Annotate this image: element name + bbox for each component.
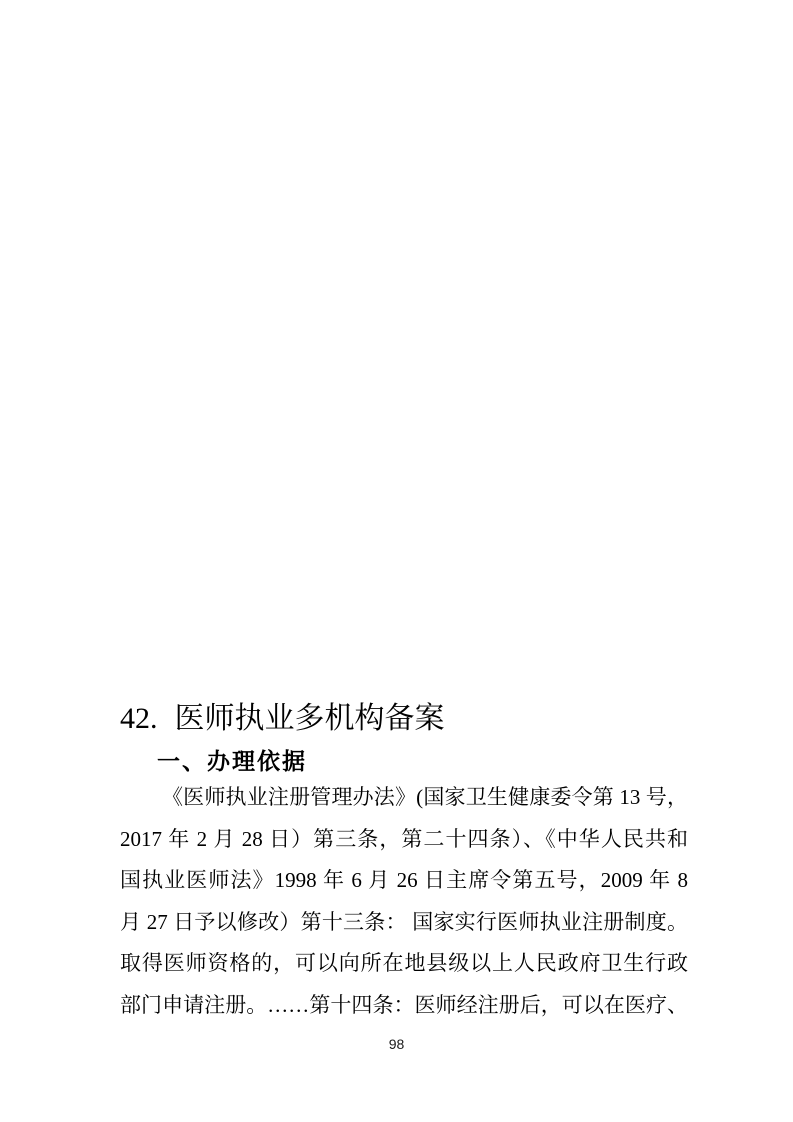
paragraph-line: 国执业医师法》1998 年 6 月 26 日主席令第五号，2009 年 8 (120, 860, 688, 902)
subsection-heading: 一、办理依据 (157, 746, 307, 776)
section-title: 医师执业多机构备案 (175, 702, 445, 735)
document-page: 42.医师执业多机构备案 一、办理依据 《医师执业注册管理办法》(国家卫生健康委… (0, 0, 793, 1122)
paragraph-line: 2017 年 2 月 28 日）第三条，第二十四条）、《中华人民共和 (120, 819, 688, 861)
paragraph-line: 《医师执业注册管理办法》(国家卫生健康委令第 13 号， (120, 777, 688, 819)
paragraph-line: 月 27 日予以修改）第十三条： 国家实行医师执业注册制度。 (120, 902, 688, 944)
legal-basis-paragraph: 《医师执业注册管理办法》(国家卫生健康委令第 13 号， 2017 年 2 月 … (120, 777, 688, 1026)
section-heading: 42.医师执业多机构备案 (120, 698, 445, 740)
paragraph-line: 部门申请注册。……第十四条：医师经注册后，可以在医疗、 (120, 985, 688, 1027)
paragraph-line: 取得医师资格的，可以向所在地县级以上人民政府卫生行政 (120, 943, 688, 985)
page-number: 98 (0, 1036, 793, 1052)
section-number: 42. (120, 698, 158, 740)
